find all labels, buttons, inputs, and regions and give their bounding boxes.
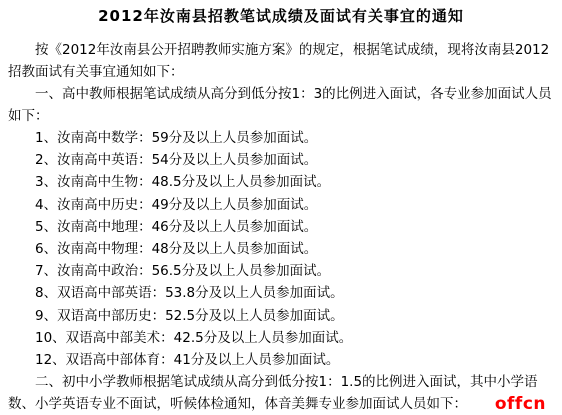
intro-paragraph: 按《2012年汝南县公开招聘教师实施方案》的规定，根据笔试成绩，现将汝南县201…	[8, 39, 554, 83]
list-item: 1、汝南高中数学：59分及以上人员参加面试。	[8, 127, 554, 149]
list-item: 9、双语高中部历史：52.5分及以上人员参加面试。	[8, 305, 554, 327]
page-title: 2012年汝南县招教笔试成绩及面试有关事宜的通知	[8, 5, 554, 27]
notice-document: 2012年汝南县招教笔试成绩及面试有关事宜的通知 按《2012年汝南县公开招聘教…	[0, 0, 562, 415]
list-item: 12、双语高中部体育：41分及以上人员参加面试。	[8, 349, 554, 371]
list-item: 4、汝南高中历史：49分及以上人员参加面试。	[8, 194, 554, 216]
offcn-watermark: offcn	[495, 396, 546, 413]
list-item: 6、汝南高中物理：48分及以上人员参加面试。	[8, 238, 554, 260]
section2-heading: 二、初中小学教师根据笔试成绩从高分到低分按1：1.5的比例进入面试，其中小学语数…	[8, 371, 554, 415]
list-item: 2、汝南高中英语：54分及以上人员参加面试。	[8, 149, 554, 171]
list-item: 10、双语高中部美术：42.5分及以上人员参加面试。	[8, 327, 554, 349]
list-item: 8、双语高中部英语：53.8分及以上人员参加面试。	[8, 282, 554, 304]
section1-heading: 一、高中教师根据笔试成绩从高分到低分按1：3的比例进入面试，各专业参加面试人员如…	[8, 83, 554, 127]
score-cutoff-list: 1、汝南高中数学：59分及以上人员参加面试。2、汝南高中英语：54分及以上人员参…	[8, 127, 554, 371]
list-item: 5、汝南高中地理：46分及以上人员参加面试。	[8, 216, 554, 238]
list-item: 3、汝南高中生物：48.5分及以上人员参加面试。	[8, 171, 554, 193]
list-item: 7、汝南高中政治：56.5分及以上人员参加面试。	[8, 260, 554, 282]
